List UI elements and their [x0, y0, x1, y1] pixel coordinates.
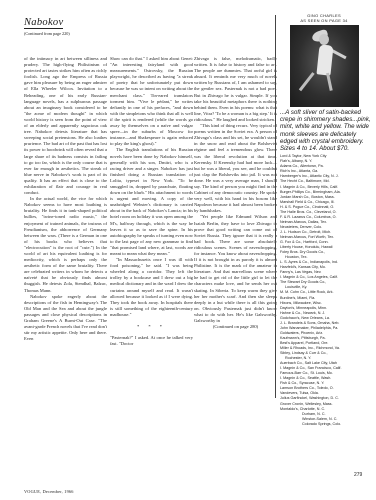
- photo-figure-dress: [316, 44, 333, 75]
- ad-copy: ...A soft sliver of satin-backed crepe i…: [280, 109, 372, 152]
- paragraph: Nabokov spoke eagerly about the descript…: [24, 294, 107, 343]
- paragraph: Zhivago is false, melodramatic, badly wr…: [194, 56, 277, 123]
- fashion-advertisement: GINO CHARLES AS SEEN ON PAGE 34 ...A sof…: [280, 13, 372, 427]
- article-column-1: of the intimacy in art between silliness…: [24, 56, 107, 342]
- paragraph: Shaw can do that." I asked him about Gen…: [110, 56, 193, 147]
- paragraph: In the actual world, the vice for which …: [24, 196, 107, 294]
- store-list: Lord & Taylor, New York CityFlah's, Alba…: [280, 154, 372, 427]
- photo-figure-head: [319, 34, 329, 45]
- continued-from-note: (Continued from page 220): [24, 31, 70, 36]
- paragraph: of the intimacy in art between silliness…: [24, 56, 107, 196]
- article-title: Nabokov: [24, 17, 63, 29]
- photo-figure-leg: [326, 73, 333, 91]
- section-break: * * *: [110, 324, 193, 330]
- page-number: 279: [354, 472, 362, 478]
- photo-figure-leg: [299, 72, 315, 91]
- store-list-item: Colorado Springs, Colo.: [280, 422, 372, 427]
- ad-photo: [290, 25, 359, 107]
- article-column-2: Shaw can do that." I asked him about Gen…: [110, 56, 193, 347]
- continued-on-note: (Continued on page 280): [194, 324, 277, 330]
- publication-footer: VOGUE, December, 1966: [24, 489, 74, 494]
- paragraph: "This kind of thing recurs. Very typical…: [194, 123, 277, 214]
- paragraph: "Yet people like Edmund Wilson and Isaia…: [194, 214, 277, 324]
- paragraph: "In Massachusetts once I was ill with fo…: [110, 257, 193, 318]
- column-divider: [275, 15, 276, 398]
- ad-credit: GINO CHARLES AS SEEN ON PAGE 34: [276, 13, 372, 23]
- paragraph: "Pasternak?" I asked. At once he talked …: [110, 335, 193, 347]
- paragraph: The English translations of his Russian …: [110, 147, 193, 257]
- article-column-3: Zhivago is false, melodramatic, badly wr…: [194, 56, 277, 330]
- seen-on-page: AS SEEN ON PAGE 34: [276, 18, 372, 23]
